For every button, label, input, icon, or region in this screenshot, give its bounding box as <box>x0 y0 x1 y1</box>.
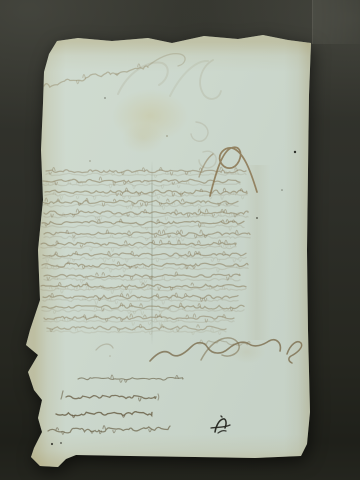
manuscript-page <box>0 0 360 480</box>
paper-shadow <box>0 0 360 480</box>
handwriting-ink <box>0 0 360 480</box>
photograph <box>0 0 360 480</box>
